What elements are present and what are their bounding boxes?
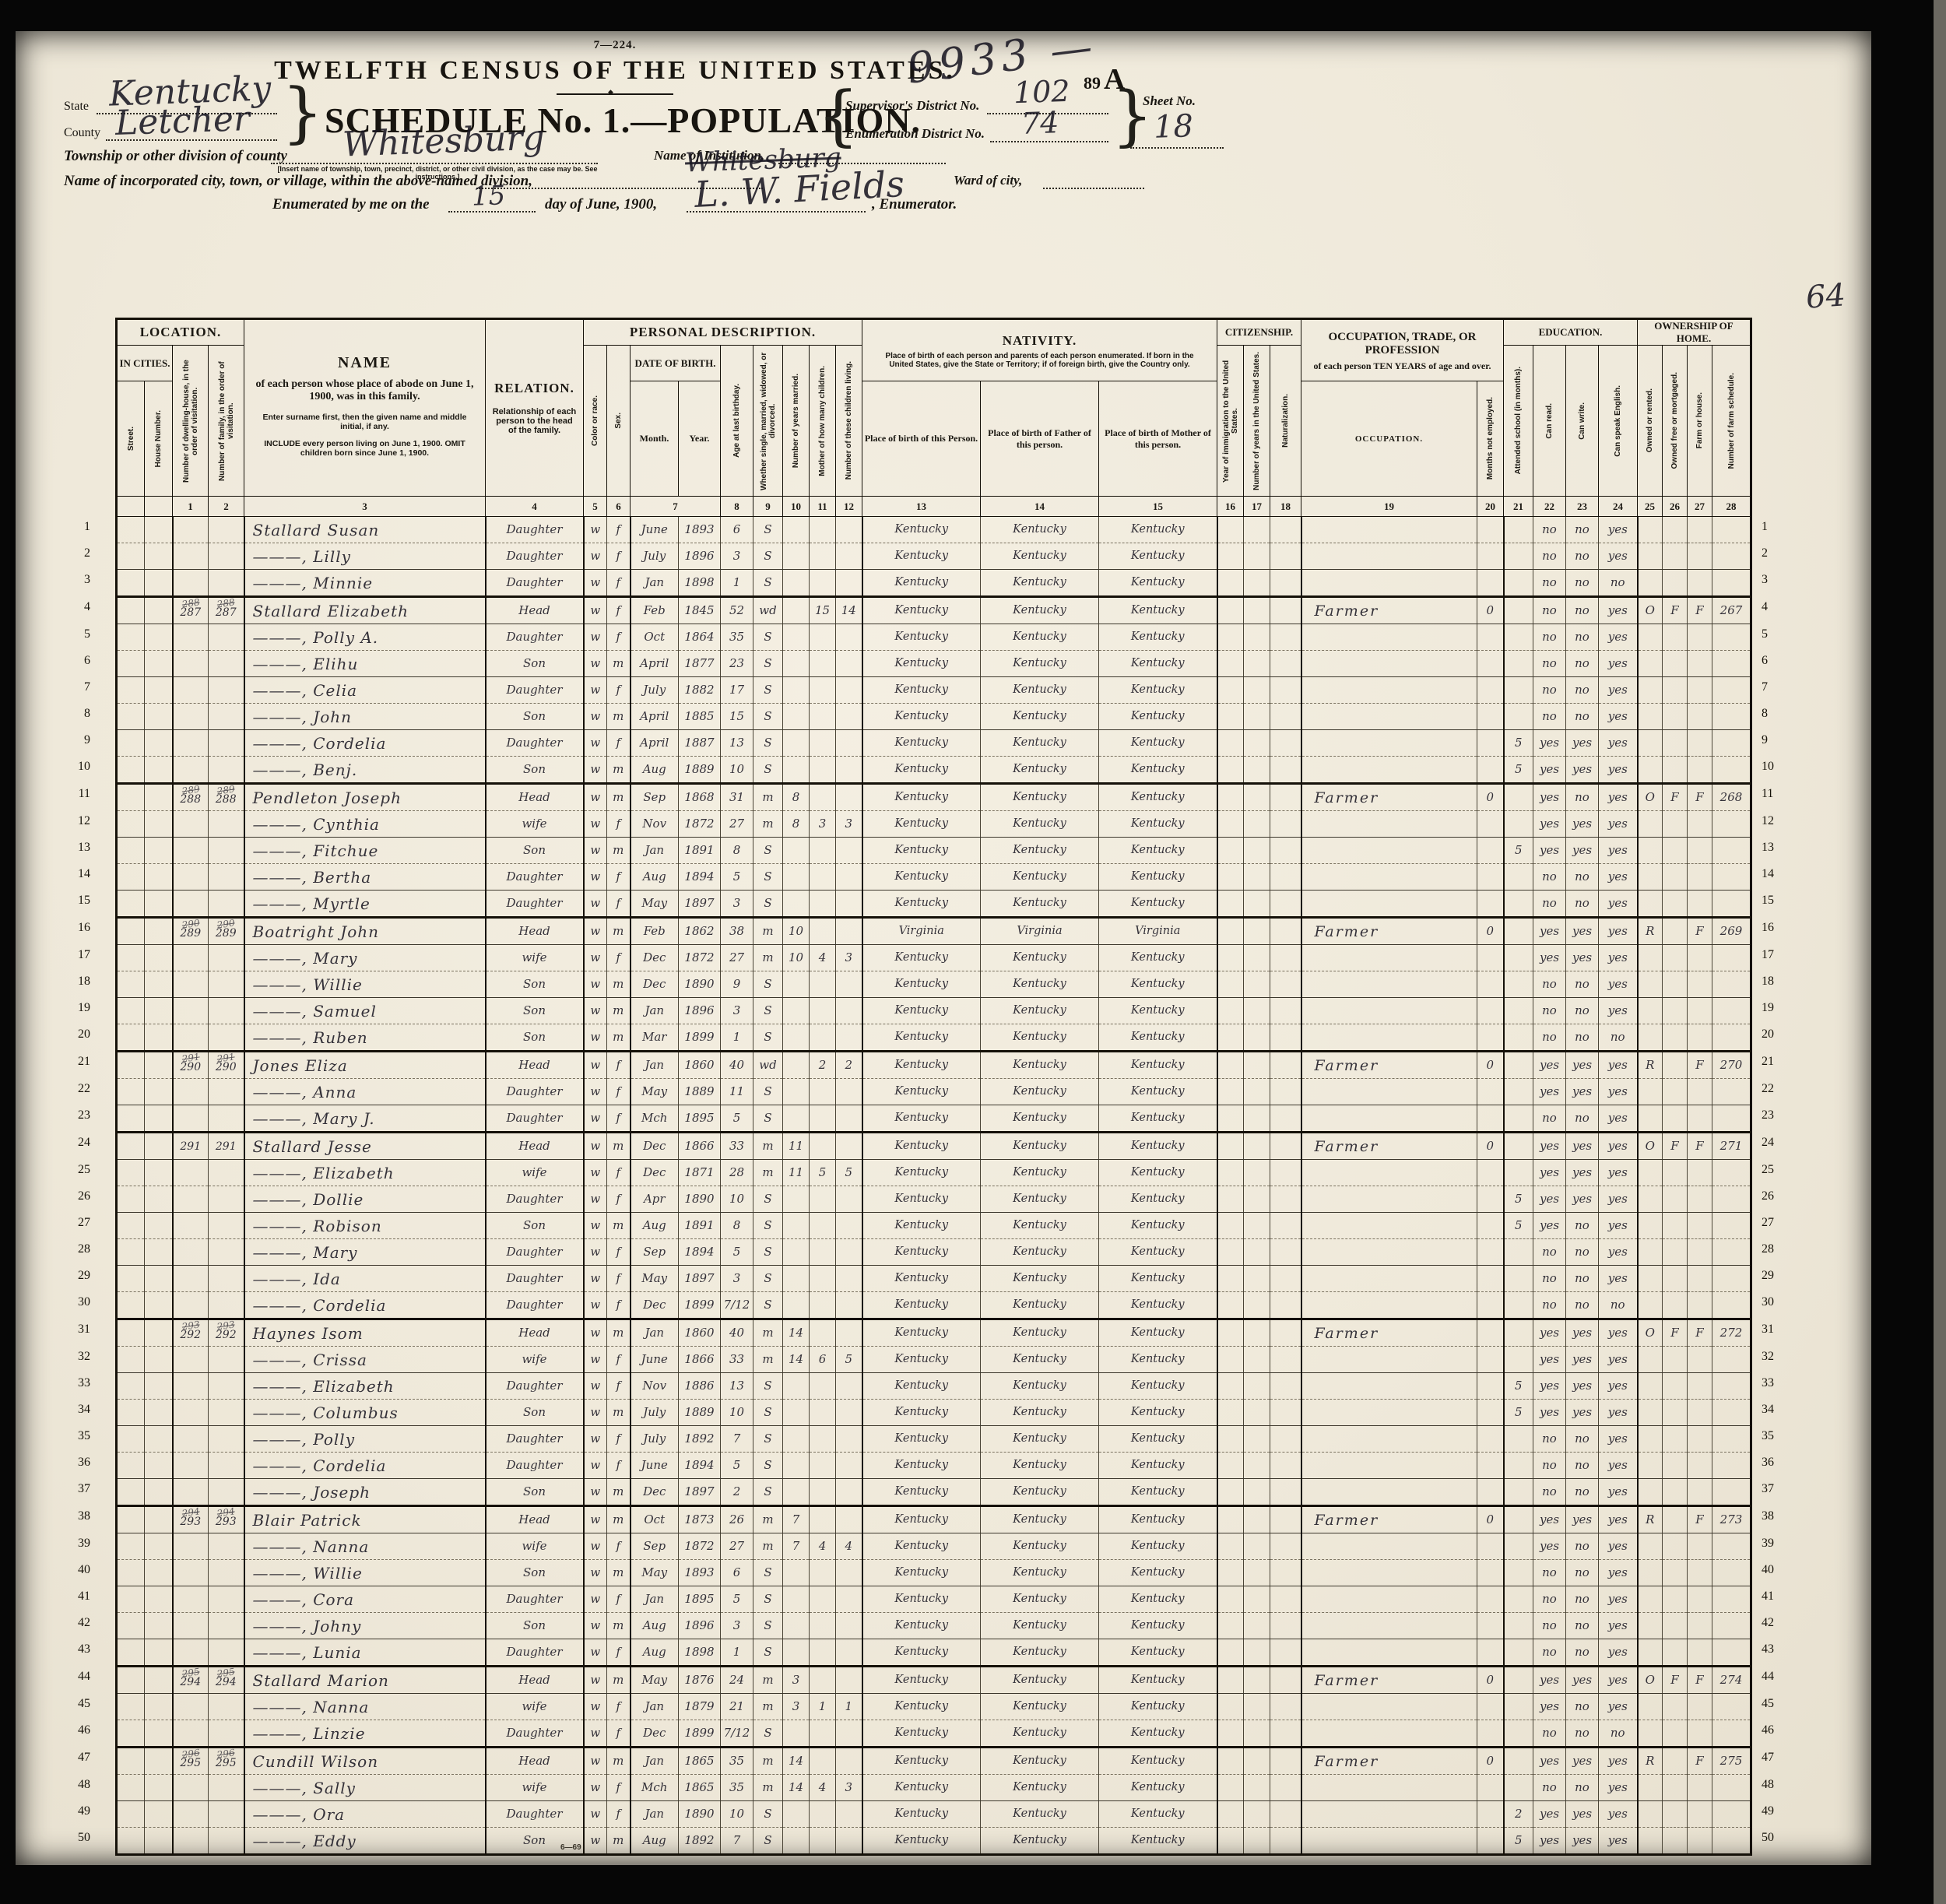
col-wr: no [1566,1266,1599,1292]
col-nm: ———, Linzie [244,1720,486,1748]
line-number: 27 [1762,1216,1788,1230]
col-st [117,1775,145,1801]
col-ym [783,1266,810,1292]
col-dw [173,1801,209,1828]
col-rl: Son [486,1024,584,1052]
col-fh [1688,1453,1712,1479]
col-fr [1663,971,1688,998]
col-hn [145,1079,173,1105]
col-sc [1504,677,1533,704]
col-p1: Kentucky [862,570,981,597]
col-hn [145,1213,173,1239]
line-number: 23 [1762,1108,1788,1122]
col-sx: f [607,1720,631,1748]
col-yr: 1864 [679,624,721,651]
col-st [117,998,145,1024]
col-im [1217,1186,1244,1213]
census-row: 294293294293Blair PatrickHeadwmOct187326… [117,1506,1751,1533]
col-ym: 3 [783,1667,810,1694]
col-p1: Kentucky [862,677,981,704]
col-dw [173,1479,209,1506]
col-lv [836,1400,862,1426]
col-fm [209,1586,244,1613]
col-oc [1301,1560,1477,1586]
col-yr: 1866 [679,1133,721,1160]
col-fn [1712,624,1751,651]
col-nm: ———, Lunia [244,1639,486,1667]
col-p2: Kentucky [981,811,1099,838]
col-nm: ———, Robison [244,1213,486,1239]
col-cl: w [584,1828,607,1855]
col-mc [810,1024,836,1052]
col-na [1270,1694,1301,1720]
col-nm: ———, Mary [244,1239,486,1266]
col-fn [1712,891,1751,918]
line-number: 10 [1762,760,1788,774]
col-fn [1712,1560,1751,1586]
col-fr [1663,704,1688,730]
col-na [1270,1052,1301,1079]
col-sx: m [607,971,631,998]
col-mc [810,998,836,1024]
col-pob-father-header: Place of birth of Father of this person. [981,381,1099,497]
ed-label: Enumeration District No. [845,126,985,142]
col-cl: w [584,1801,607,1828]
col-sx: m [607,1506,631,1533]
col-fm: 291290 [209,1052,244,1079]
col-rd: no [1533,517,1566,543]
col-p3: Kentucky [1099,1479,1217,1506]
col-oc [1301,624,1477,651]
col-mn [1477,1560,1504,1586]
col-yr: 1890 [679,971,721,998]
col-sx: f [607,543,631,570]
col-st [117,864,145,891]
col-fr [1663,918,1688,945]
line-number: 13 [1762,841,1788,855]
col-ow [1638,651,1663,677]
col-rl: Son [486,651,584,677]
line-number: 45 [1762,1697,1788,1711]
col-fh [1688,1639,1712,1667]
col-rd: yes [1533,1186,1566,1213]
col-st [117,597,145,624]
col-hn [145,1667,173,1694]
col-speak-header: Can speak English. [1599,346,1638,497]
col-sc [1504,1052,1533,1079]
line-number: 4 [64,600,90,614]
col-na [1270,1667,1301,1694]
col-oc [1301,1720,1477,1748]
col-wr: yes [1566,1373,1599,1400]
line-number: 22 [64,1082,90,1096]
col-cl: w [584,1639,607,1667]
col-p2: Kentucky [981,1186,1099,1213]
col-nm: ———, Elihu [244,651,486,677]
col-im [1217,677,1244,704]
census-row: ———, CeliaDaughterwfJuly188217SKentuckyK… [117,677,1751,704]
line-number: 17 [1762,948,1788,962]
col-fr: F [1663,1133,1688,1160]
col-mc [810,1453,836,1479]
census-row: ———, SallywifewfMch186535m1443KentuckyKe… [117,1775,1751,1801]
col-ms: m [753,1533,783,1560]
line-number: 18 [64,975,90,989]
col-ms: m [753,1667,783,1694]
col-p3: Kentucky [1099,1613,1217,1639]
col-fm [209,1079,244,1105]
col-fm [209,704,244,730]
col-na [1270,704,1301,730]
col-p1: Kentucky [862,517,981,543]
col-ym [783,1024,810,1052]
col-ag: 2 [721,1479,753,1506]
col-mc [810,1133,836,1160]
col-sx: f [607,1426,631,1453]
col-st [117,730,145,757]
col-hn [145,811,173,838]
col-lv [836,730,862,757]
col-yu [1244,945,1270,971]
col-p1: Kentucky [862,1239,981,1266]
col-fh [1688,757,1712,784]
col-yu [1244,517,1270,543]
col-lv [836,1667,862,1694]
col-cl: w [584,864,607,891]
col-st [117,1052,145,1079]
col-fr [1663,945,1688,971]
line-number: 21 [1762,1055,1788,1069]
col-p3: Kentucky [1099,1426,1217,1453]
col-hn [145,651,173,677]
col-fh [1688,1613,1712,1639]
col-farm-no-header: Number of farm schedule. [1712,346,1751,497]
col-na [1270,1748,1301,1775]
col-yr: 1896 [679,998,721,1024]
col-dw [173,1213,209,1239]
line-number: 29 [1762,1269,1788,1283]
line-number: 7 [1762,680,1788,694]
col-yr: 1891 [679,838,721,864]
col-p1: Kentucky [862,1586,981,1613]
col-oc [1301,1024,1477,1052]
col-yr: 1889 [679,1400,721,1426]
col-hn [145,677,173,704]
line-number: 11 [64,787,90,801]
col-ym [783,1479,810,1506]
census-row: ———, MarywifewfDec187227m1043KentuckyKen… [117,945,1751,971]
col-sc: 5 [1504,757,1533,784]
col-wr: no [1566,1453,1599,1479]
col-p2: Kentucky [981,1775,1099,1801]
col-sx: f [607,945,631,971]
col-ag: 7 [721,1828,753,1855]
col-p1: Kentucky [862,1506,981,1533]
line-number: 37 [64,1482,90,1496]
line-number: 44 [1762,1670,1788,1684]
col-ag: 52 [721,597,753,624]
col-sc [1504,597,1533,624]
line-number: 9 [1762,733,1788,747]
col-sc: 5 [1504,1373,1533,1400]
col-ag: 28 [721,1160,753,1186]
col-p1: Kentucky [862,1639,981,1667]
county-value: Letcher [114,99,251,143]
col-ym [783,1373,810,1400]
col-p2: Kentucky [981,784,1099,811]
col-fm [209,1105,244,1133]
col-p3: Kentucky [1099,1828,1217,1855]
col-ag: 23 [721,651,753,677]
col-yu [1244,784,1270,811]
col-im [1217,891,1244,918]
col-hn [145,704,173,730]
col-ms: S [753,838,783,864]
col-cl: w [584,1347,607,1373]
col-yu [1244,1479,1270,1506]
line-number: 9 [64,733,90,747]
col-fr [1663,998,1688,1024]
col-oc [1301,1347,1477,1373]
col-ag: 35 [721,624,753,651]
col-cl: w [584,1586,607,1613]
col-sx: f [607,1775,631,1801]
col-p3: Kentucky [1099,704,1217,730]
col-fm: 289288 [209,784,244,811]
col-mc [810,1639,836,1667]
col-cl: w [584,1775,607,1801]
col-cl: w [584,543,607,570]
col-cl: w [584,1426,607,1453]
col-p1: Kentucky [862,998,981,1024]
col-sx: f [607,1052,631,1079]
col-cl: w [584,651,607,677]
line-number: 28 [1762,1242,1788,1256]
col-fr [1663,543,1688,570]
col-oc: Farmer [1301,597,1477,624]
col-sx: f [607,597,631,624]
col-dw [173,1775,209,1801]
col-ow [1638,517,1663,543]
col-p3: Kentucky [1099,1694,1217,1720]
col-ag: 8 [721,838,753,864]
col-p2: Kentucky [981,1024,1099,1052]
col-mc: 6 [810,1347,836,1373]
col-mo: Apr [631,1186,679,1213]
col-p3: Kentucky [1099,971,1217,998]
col-oc [1301,1160,1477,1186]
col-ow [1638,1186,1663,1213]
line-number: 39 [1762,1537,1788,1551]
col-mn [1477,1079,1504,1105]
col-mc [810,1560,836,1586]
col-fm [209,757,244,784]
col-sc [1504,1319,1533,1347]
col-im [1217,998,1244,1024]
col-fr [1663,757,1688,784]
col-st [117,1694,145,1720]
col-mn: 0 [1477,597,1504,624]
col-hn [145,1586,173,1613]
col-fr [1663,1586,1688,1613]
col-cl: w [584,1667,607,1694]
census-row: ———, JosephSonwmDec18972SKentuckyKentuck… [117,1479,1751,1506]
col-lv [836,570,862,597]
col-fh [1688,651,1712,677]
col-fm [209,945,244,971]
col-fm [209,1292,244,1319]
col-na [1270,730,1301,757]
col-na [1270,1533,1301,1560]
col-yu [1244,1319,1270,1347]
col-wr: no [1566,864,1599,891]
col-im [1217,517,1244,543]
col-mc [810,651,836,677]
col-fm [209,1373,244,1400]
col-p1: Kentucky [862,811,981,838]
col-ow: O [1638,784,1663,811]
col-yr: 1891 [679,1213,721,1239]
col-fn [1712,838,1751,864]
col-mc [810,971,836,998]
col-na [1270,945,1301,971]
col-mc [810,1266,836,1292]
col-fh [1688,1775,1712,1801]
col-children-living-header: Number of these children living. [836,346,862,497]
col-lv [836,517,862,543]
col-p1: Kentucky [862,543,981,570]
handwritten-serial: 9933 — [905,21,1099,93]
col-rd: yes [1533,811,1566,838]
col-wr: no [1566,998,1599,1024]
col-p2: Kentucky [981,1639,1099,1667]
line-number: 41 [1762,1590,1788,1604]
col-wr: no [1566,1639,1599,1667]
col-rd: yes [1533,1160,1566,1186]
line-number: 29 [64,1269,90,1283]
col-yu [1244,1052,1270,1079]
col-ym [783,597,810,624]
col-oc [1301,1266,1477,1292]
col-fn: 270 [1712,1052,1751,1079]
col-mo: Dec [631,945,679,971]
col-hn [145,1613,173,1639]
col-fn: 267 [1712,597,1751,624]
col-mn [1477,543,1504,570]
page-title: TWELFTH CENSUS OF THE UNITED STATES. [249,56,981,86]
col-p1: Kentucky [862,1748,981,1775]
col-yu [1244,730,1270,757]
col-p1: Kentucky [862,704,981,730]
col-im [1217,543,1244,570]
col-nm: ———, Johny [244,1613,486,1639]
col-fh [1688,1694,1712,1720]
col-fn [1712,1694,1751,1720]
col-p2: Kentucky [981,1426,1099,1453]
col-lv: 1 [836,1694,862,1720]
col-rd: yes [1533,1533,1566,1560]
col-yu [1244,1024,1270,1052]
col-yr: 1882 [679,677,721,704]
col-mc: 15 [810,597,836,624]
col-cl: w [584,1186,607,1213]
col-mc [810,1239,836,1266]
col-rl: Daughter [486,1079,584,1105]
col-lv: 5 [836,1347,862,1373]
col-ag: 7 [721,1426,753,1453]
col-rl: wife [486,945,584,971]
col-ym: 8 [783,811,810,838]
col-rl: Daughter [486,1105,584,1133]
col-fn [1712,1213,1751,1239]
col-ag: 13 [721,1373,753,1400]
col-fm [209,1426,244,1453]
col-dw [173,1160,209,1186]
col-fr [1663,1828,1688,1855]
col-nm: ———, Mary [244,945,486,971]
col-st [117,1586,145,1613]
col-mn [1477,1801,1504,1828]
line-number: 41 [64,1590,90,1604]
col-p1: Kentucky [862,1720,981,1748]
col-fm [209,1828,244,1855]
relation-header-title: RELATION. [486,381,583,396]
col-ag: 3 [721,1266,753,1292]
col-fn: 271 [1712,1133,1751,1160]
col-mo: Jan [631,838,679,864]
state-county-brace: } [282,79,323,145]
col-oc [1301,864,1477,891]
col-nm: Jones Eliza [244,1052,486,1079]
line-number: 21 [64,1055,90,1069]
col-fn [1712,1720,1751,1748]
col-sc [1504,1105,1533,1133]
col-ag: 3 [721,891,753,918]
col-p3: Kentucky [1099,891,1217,918]
col-lv [836,651,862,677]
col-ym [783,1828,810,1855]
col-ym [783,1052,810,1079]
col-yr: 1865 [679,1775,721,1801]
occupation-desc: of each person TEN YEARS of age and over… [1301,360,1503,372]
col-na [1270,757,1301,784]
col-ms: S [753,1373,783,1400]
col-ym [783,730,810,757]
col-ms: m [753,1347,783,1373]
col-wr: no [1566,891,1599,918]
group-occupation: OCCUPATION, TRADE, OR PROFESSION of each… [1301,319,1504,381]
col-nm: Pendleton Joseph [244,784,486,811]
col-sx: f [607,1239,631,1266]
col-oc: Farmer [1301,1133,1477,1160]
census-row: ———, Benj.SonwmAug188910SKentuckyKentuck… [117,757,1751,784]
col-wr: yes [1566,1506,1599,1533]
col-nm: ———, Nanna [244,1533,486,1560]
col-sc [1504,543,1533,570]
col-mn [1477,1373,1504,1400]
col-dw [173,1694,209,1720]
col-ag: 8 [721,1213,753,1239]
col-nm: ———, Polly [244,1426,486,1453]
col-ms: m [753,811,783,838]
col-yr: 1897 [679,891,721,918]
col-wr: yes [1566,1186,1599,1213]
col-lv [836,1186,862,1213]
col-nm: ———, Eddy [244,1828,486,1855]
col-yr: 1879 [679,1694,721,1720]
col-ym [783,1186,810,1213]
col-fm [209,651,244,677]
